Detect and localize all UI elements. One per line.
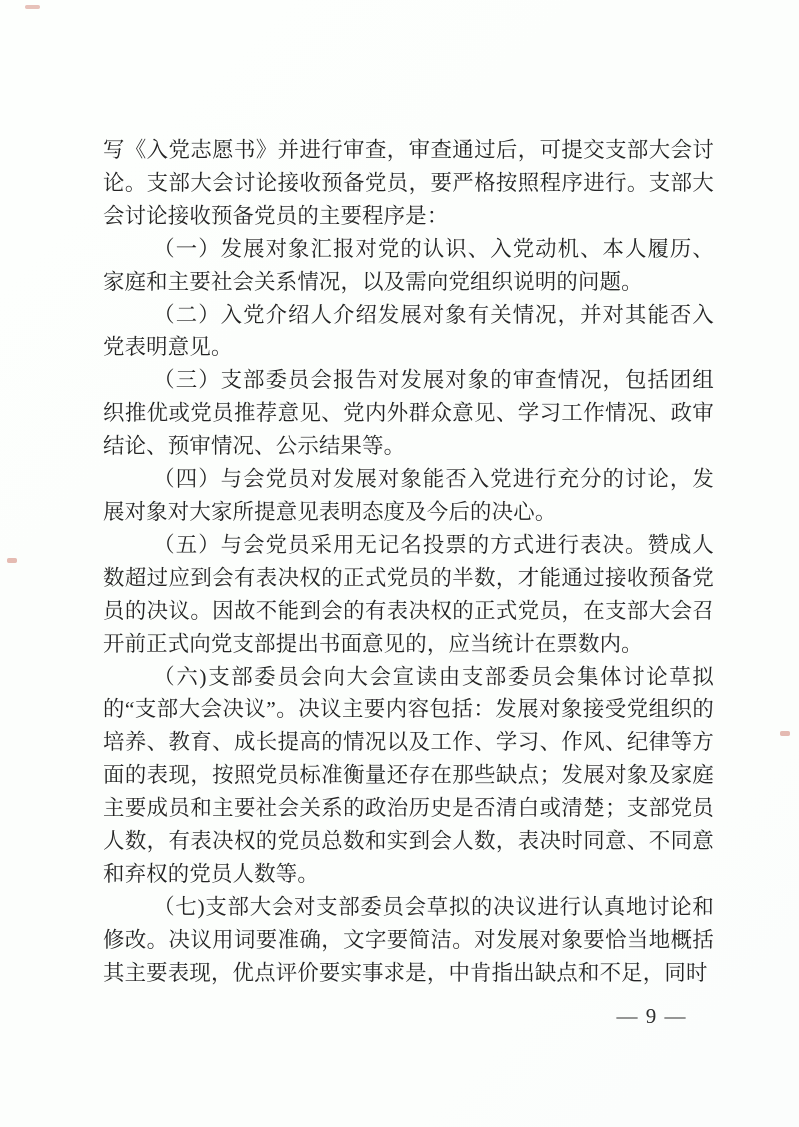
document-body: 写《入党志愿书》并进行审查，审查通过后，可提交支部大会讨论。支部大会讨论接收预备… — [103, 134, 714, 990]
scan-artifact-mark — [7, 558, 17, 563]
paragraph-item-4: （四）与会党员对发展对象能否入党进行充分的讨论，发展对象对大家所提意见表明态度及… — [103, 463, 714, 529]
paragraph-item-3: （三）支部委员会报告对发展对象的审查情况，包括团组织推优或党员推荐意见、党内外群… — [103, 364, 714, 463]
scan-artifact-mark — [25, 5, 40, 9]
paragraph-continuation: 写《入党志愿书》并进行审查，审查通过后，可提交支部大会讨论。支部大会讨论接收预备… — [103, 134, 714, 233]
page-number: — 9 — — [610, 1001, 692, 1031]
paragraph-item-6: （六)支部委员会向大会宣读由支部委员会集体讨论草拟的“支部大会决议”。决议主要内… — [103, 661, 714, 891]
paragraph-item-1: （一）发展对象汇报对党的认识、入党动机、本人履历、家庭和主要社会关系情况，以及需… — [103, 233, 714, 299]
scan-artifact-mark — [780, 731, 790, 736]
paragraph-item-2: （二）入党介绍人介绍发展对象有关情况，并对其能否入党表明意见。 — [103, 299, 714, 365]
scanned-document-page: 写《入党志愿书》并进行审查，审查通过后，可提交支部大会讨论。支部大会讨论接收预备… — [0, 0, 799, 1127]
paragraph-item-5: （五）与会党员采用无记名投票的方式进行表决。赞成人数超过应到会有表决权的正式党员… — [103, 529, 714, 661]
paragraph-item-7: （七)支部大会对支部委员会草拟的决议进行认真地讨论和修改。决议用词要准确，文字要… — [103, 891, 714, 990]
